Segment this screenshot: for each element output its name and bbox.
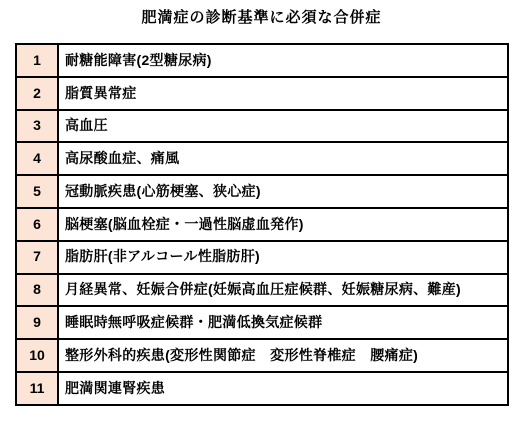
row-number: 9 (16, 306, 58, 339)
row-text: 脳梗塞(脳血栓症・一過性脳虚血発作) (58, 208, 508, 241)
row-text: 脂肪肝(非アルコール性脂肪肝) (58, 241, 508, 274)
table-row: 11肥満関連腎疾患 (16, 372, 508, 405)
table-row: 8月経異常、妊娠合併症(妊娠高血圧症候群、妊娠糖尿病、難産) (16, 274, 508, 307)
row-number: 11 (16, 372, 58, 405)
row-number: 8 (16, 274, 58, 307)
row-text: 高尿酸血症、痛風 (58, 142, 508, 175)
row-number: 2 (16, 77, 58, 110)
row-number: 5 (16, 175, 58, 208)
row-number: 6 (16, 208, 58, 241)
row-text: 睡眠時無呼吸症候群・肥満低換気症候群 (58, 306, 508, 339)
table-row: 1耐糖能障害(2型糖尿病) (16, 44, 508, 77)
table-row: 3高血圧 (16, 110, 508, 143)
row-number: 4 (16, 142, 58, 175)
row-text: 冠動脈疾患(心筋梗塞、狭心症) (58, 175, 508, 208)
row-text: 整形外科的疾患(変形性関節症 変形性脊椎症 腰痛症) (58, 339, 508, 372)
complications-table: 1耐糖能障害(2型糖尿病)2脂質異常症3高血圧4高尿酸血症、痛風5冠動脈疾患(心… (15, 43, 509, 406)
table-row: 5冠動脈疾患(心筋梗塞、狭心症) (16, 175, 508, 208)
complications-table-body: 1耐糖能障害(2型糖尿病)2脂質異常症3高血圧4高尿酸血症、痛風5冠動脈疾患(心… (16, 44, 508, 405)
row-number: 10 (16, 339, 58, 372)
row-text: 耐糖能障害(2型糖尿病) (58, 44, 508, 77)
page: 肥満症の診断基準に必須な合併症 1耐糖能障害(2型糖尿病)2脂質異常症3高血圧4… (0, 0, 523, 439)
row-text: 月経異常、妊娠合併症(妊娠高血圧症候群、妊娠糖尿病、難産) (58, 274, 508, 307)
row-text: 脂質異常症 (58, 77, 508, 110)
table-row: 6脳梗塞(脳血栓症・一過性脳虚血発作) (16, 208, 508, 241)
row-text: 肥満関連腎疾患 (58, 372, 508, 405)
table-row: 9睡眠時無呼吸症候群・肥満低換気症候群 (16, 306, 508, 339)
table-row: 7脂肪肝(非アルコール性脂肪肝) (16, 241, 508, 274)
table-row: 2脂質異常症 (16, 77, 508, 110)
row-number: 7 (16, 241, 58, 274)
page-title: 肥満症の診断基準に必須な合併症 (0, 6, 523, 27)
row-text: 高血圧 (58, 110, 508, 143)
row-number: 3 (16, 110, 58, 143)
table-row: 4高尿酸血症、痛風 (16, 142, 508, 175)
row-number: 1 (16, 44, 58, 77)
table-row: 10整形外科的疾患(変形性関節症 変形性脊椎症 腰痛症) (16, 339, 508, 372)
